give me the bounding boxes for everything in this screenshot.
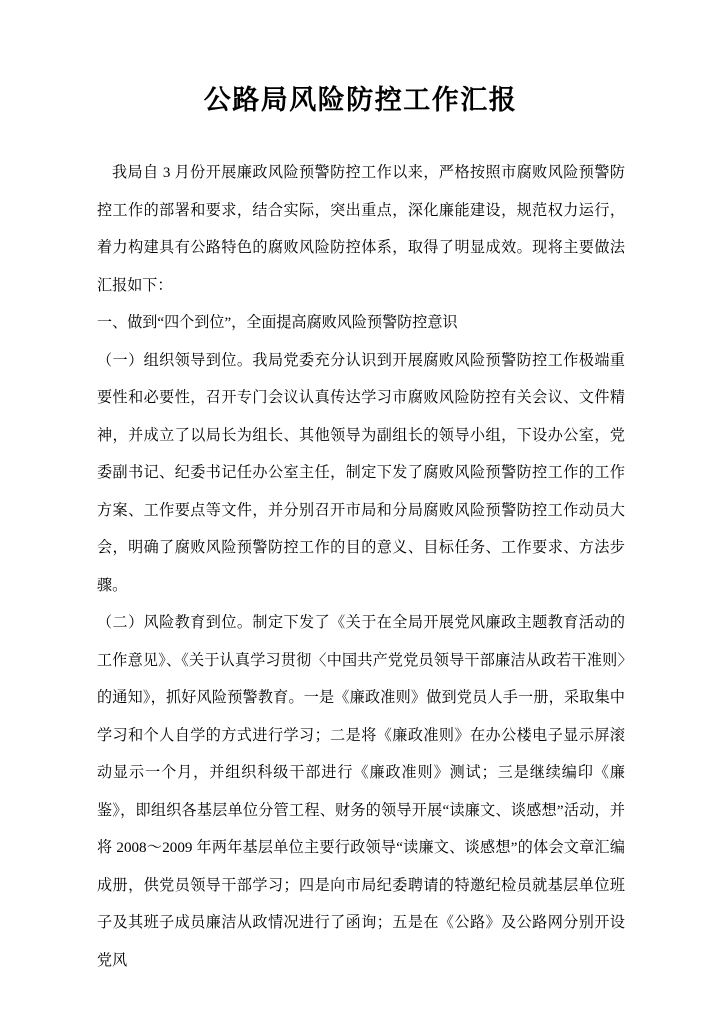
document-page: 公路局风险防控工作汇报 我局自 3 月份开展廉政风险预警防控工作以来，严格按照市…	[0, 0, 721, 1020]
paragraph-risk-education: （二）风险教育到位。制定下发了《关于在全局开展党风廉政主题教育活动的工作意见》、…	[97, 605, 625, 980]
section-heading-1: 一、做到“四个到位”，全面提高腐败风险预警防控意识	[97, 305, 625, 343]
paragraph-organization-leadership: （一）组织领导到位。我局党委充分认识到开展腐败风险预警防控工作极端重要性和必要性…	[97, 343, 625, 606]
document-title: 公路局风险防控工作汇报	[0, 84, 721, 116]
intro-paragraph: 我局自 3 月份开展廉政风险预警防控工作以来，严格按照市腐败风险预警防控工作的部…	[97, 155, 625, 305]
document-body: 我局自 3 月份开展廉政风险预警防控工作以来，严格按照市腐败风险预警防控工作的部…	[97, 155, 625, 980]
